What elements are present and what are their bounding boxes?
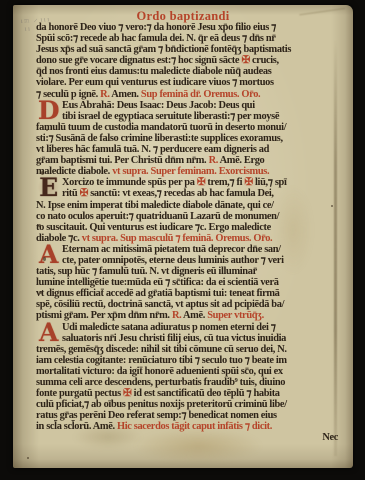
text-run: Eternam ac mitissimā pietatem tuā deprec… — [62, 244, 281, 255]
text-line: mortalitati victuro: da igit̄ honorē adu… — [36, 366, 346, 377]
page-crease — [334, 40, 337, 456]
text-run: sanctū: vt exeas,⁊ recedas ab hac famula… — [88, 188, 274, 199]
ink-speck — [39, 291, 42, 294]
text-run: ritū — [62, 188, 80, 199]
text-run: dono sue gr̄e vocare dignatus est:⁊ hoc … — [36, 55, 241, 66]
text-run: vt liberes hāc famulā tuā. N. ⁊ perducer… — [36, 144, 269, 155]
text-run: cte, pater omnipotēs, eterne deus lumini… — [62, 255, 284, 266]
ink-speck — [331, 205, 333, 207]
text-run: Spūi scō:⁊ recede ab hac famula dei. N. … — [36, 33, 276, 44]
text-run: liū,⁊ spī — [253, 177, 287, 188]
text-line: ptismi gr̄am. Per xp̄m dn̄m nr̄m. R. Amē… — [36, 310, 346, 321]
manuscript-page: ı𝚖 ̷ ııı ıı Ordo baptizandi da honorē De… — [13, 5, 353, 468]
text-line: ⁊ seculū p ignē. R. Amen. Sup feminā dr̄… — [36, 89, 346, 100]
text-line: iam celestia cogitante: renūciaturo tibi… — [36, 355, 346, 366]
text-line: violare. Per eum qui venturus est iudica… — [36, 77, 346, 88]
text-run: lumine intelligētie tue:mūda eū ⁊ sc̄tif… — [36, 277, 279, 288]
text-line: famulū tuum de custodia mandatorū tuorū … — [36, 122, 346, 133]
text-line: spē, cōsiliū rectū, doctrinā sanctā, vt … — [36, 299, 346, 310]
text-run: tibi israel de egyptiaca seruitute liber… — [62, 111, 279, 122]
ink-speck — [27, 457, 29, 459]
text-line: dono sue gr̄e vocare dignatus est:⁊ hoc … — [36, 55, 346, 66]
text-run: co nato oculos aperuit:⁊ quatriduanū Laz… — [36, 211, 279, 222]
text-line: AUdi maledicte satana adiuratus p nomen … — [36, 322, 346, 333]
text-run: Amen. — [110, 89, 141, 100]
rubric-run: Super vtrūq̄ʒ. — [207, 310, 264, 321]
text-run: spē, cōsiliū rectū, doctrinā sanctā, vt … — [36, 299, 284, 310]
text-line: summa celi arce descendens, perturbatis … — [36, 377, 346, 388]
text-run: culū pficiat,⁊ ab oībus penitus noxijs p… — [36, 399, 287, 410]
text-run: fonte purgatū pectus — [36, 388, 123, 399]
text-run: tatis, sup hūc ⁊ famulū tuū. N. vt digne… — [36, 266, 257, 277]
rubric-run: vt supra. Sup masculū ⁊ feminā. Oremus. … — [82, 233, 273, 244]
text-line: DEus Abrahā: Deus Isaac: Deus Jacob: Deu… — [36, 100, 346, 111]
rubric-run: R. — [209, 155, 218, 166]
text-line: Jesus xp̄s ad suā sanctā gr̄am ⁊ bn̄dict… — [36, 44, 346, 55]
text-run: famulū tuum de custodia mandatorū tuorū … — [36, 122, 286, 133]
parchment-stain — [133, 428, 263, 464]
rubric-run: R. — [100, 89, 109, 100]
text-run: Eus Abrahā: Deus Isaac: Deus Jacob: Deus… — [62, 100, 255, 111]
parchment-stain — [73, 424, 143, 450]
text-line: culū pficiat,⁊ ab oībus penitus noxijs p… — [36, 399, 346, 410]
text-line: saluatoris nr̄i Jesu christi filij eius,… — [36, 333, 346, 344]
text-run: N. Ipse enim imperat tibi maledicte diab… — [36, 200, 274, 211]
text-run: sti:⁊ Susānā de falso crimine liberasti:… — [36, 133, 283, 144]
text-run: da honorē Deo viuo ⁊ vero:⁊ da honorē Je… — [36, 22, 276, 33]
rubric-run: ✠ — [244, 177, 252, 188]
text-run: iam celestia cogitante: renūciaturo tibi… — [36, 355, 287, 366]
text-run: to suscitauit. Qui venturus est iudicare… — [36, 222, 271, 233]
ink-speck — [43, 257, 46, 261]
text-line: da honorē Deo viuo ⁊ vero:⁊ da honorē Je… — [36, 22, 346, 33]
text-run: mortalitati victuro: da igit̄ honorē adu… — [36, 366, 283, 377]
text-line: ratus gr̄as perēni Deo referat semp:⁊ be… — [36, 410, 346, 421]
rubric-run: ✠ — [80, 188, 88, 199]
text-line: maledicte diabole. vt supra. Super femin… — [36, 166, 346, 177]
text-run: summa celi arce descendens, perturbatis … — [36, 377, 285, 388]
text-run: violare. Per eum qui venturus est iudica… — [36, 77, 274, 88]
rubric-run: R. — [172, 310, 181, 321]
text-line: vt liberes hāc famulā tuā. N. ⁊ perducer… — [36, 144, 346, 155]
text-run: ratus gr̄as perēni Deo referat semp:⁊ be… — [36, 410, 277, 421]
text-run: Udi maledicte satana adiuratus p nomen e… — [62, 322, 276, 333]
text-run: Jesus xp̄s ad suā sanctā gr̄am ⁊ bn̄dict… — [36, 44, 291, 55]
text-line: q̄d nos fronti eius damus:tu maledicte d… — [36, 66, 346, 77]
text-run: Amē. Ergo — [218, 155, 264, 166]
text-run: tremēs, gemēsq̄ʒ discede: nihil sit tibi… — [36, 344, 287, 355]
text-run: saluatoris nr̄i Jesu christi filij eius,… — [62, 333, 286, 344]
text-line: vt dignus efficiat̄ accedē ad gr̄atiā ba… — [36, 288, 346, 299]
text-run: Xorcizo te immunde spūs per pa — [62, 177, 197, 188]
text-run: vt dignus efficiat̄ accedē ad gr̄atiā ba… — [36, 288, 280, 299]
text-run: crucis, — [250, 55, 279, 66]
text-run: trem,⁊ fi — [205, 177, 244, 188]
ink-speck — [38, 224, 41, 227]
text-run: Amē. — [181, 310, 207, 321]
text-run: q̄d nos fronti eius damus:tu maledicte d… — [36, 66, 271, 77]
parchment-stain — [273, 185, 313, 275]
text-line: lumine intelligētie tue:mūda eū ⁊ sc̄tif… — [36, 277, 346, 288]
rubric-run: vt supra. Super feminam. Exorcismus. — [112, 166, 269, 177]
text-run: id est sanctificatū deo tēplū ⁊ habita — [131, 388, 279, 399]
text-line: gr̄am baptismi tui. Per Christū dn̄m nr̄… — [36, 155, 346, 166]
book-photograph: { "document": { "running_title": "Ordo b… — [0, 0, 365, 480]
text-run: gr̄am baptismi tui. Per Christū dn̄m nr̄… — [36, 155, 209, 166]
text-line: tremēs, gemēsq̄ʒ discede: nihil sit tibi… — [36, 344, 346, 355]
rubric-run: ✠ — [197, 177, 205, 188]
rubric-run: ✠ — [241, 55, 249, 66]
rubric-run: Sup feminā dr̄. Oremus. Or̄o. — [141, 89, 260, 100]
text-line: fonte purgatū pectus ✠ id est sanctifica… — [36, 388, 346, 399]
text-line: tibi israel de egyptiaca seruitute liber… — [36, 111, 346, 122]
text-line: Spūi scō:⁊ recede ab hac famula dei. N. … — [36, 33, 346, 44]
ink-speck — [41, 171, 44, 175]
text-line: sti:⁊ Susānā de falso crimine liberasti:… — [36, 133, 346, 144]
ink-speck — [46, 129, 48, 131]
